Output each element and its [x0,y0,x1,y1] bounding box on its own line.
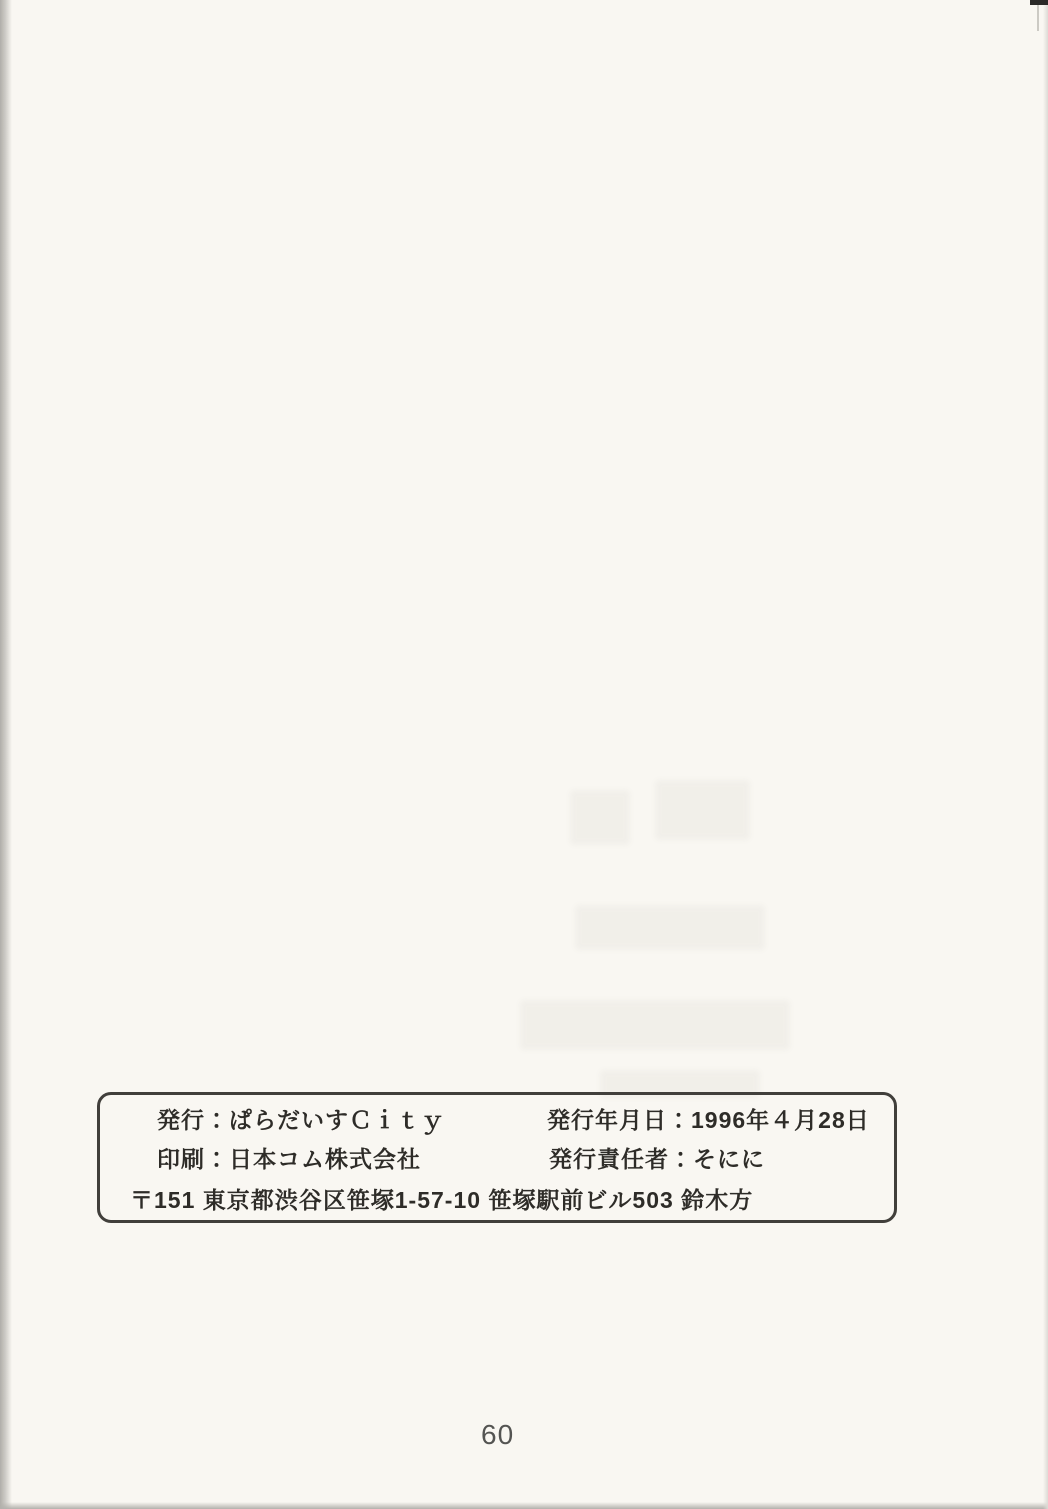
page-showthrough [480,770,880,1100]
publication-date-line: 発行年月日：1996年４月28日 [547,1108,870,1133]
publisher-line: 発行：ぱらだいすＣｉｔｙ [157,1108,445,1133]
scan-corner-mark [1030,0,1048,5]
scan-edge-bottom [0,1502,1048,1509]
address-line: 〒151 東京都渋谷区笹塚1-57-10 笹塚駅前ビル503 鈴木方 [130,1188,753,1213]
showthrough-blob [570,790,630,845]
scan-corner-line [1037,5,1039,31]
scan-edge-right [1043,0,1048,1509]
showthrough-blob [520,1000,790,1050]
responsible-person-line: 発行責任者：そにに [549,1147,765,1172]
colophon-box: 発行：ぱらだいすＣｉｔｙ 発行年月日：1996年４月28日 印刷：日本コム株式会… [97,1092,897,1223]
showthrough-blob [575,905,765,950]
printer-line: 印刷：日本コム株式会社 [157,1147,421,1172]
scanned-page: 発行：ぱらだいすＣｉｔｙ 発行年月日：1996年４月28日 印刷：日本コム株式会… [0,0,1048,1509]
showthrough-blob [655,780,750,840]
page-number: 60 [481,1419,514,1451]
scan-edge-left [0,0,12,1509]
